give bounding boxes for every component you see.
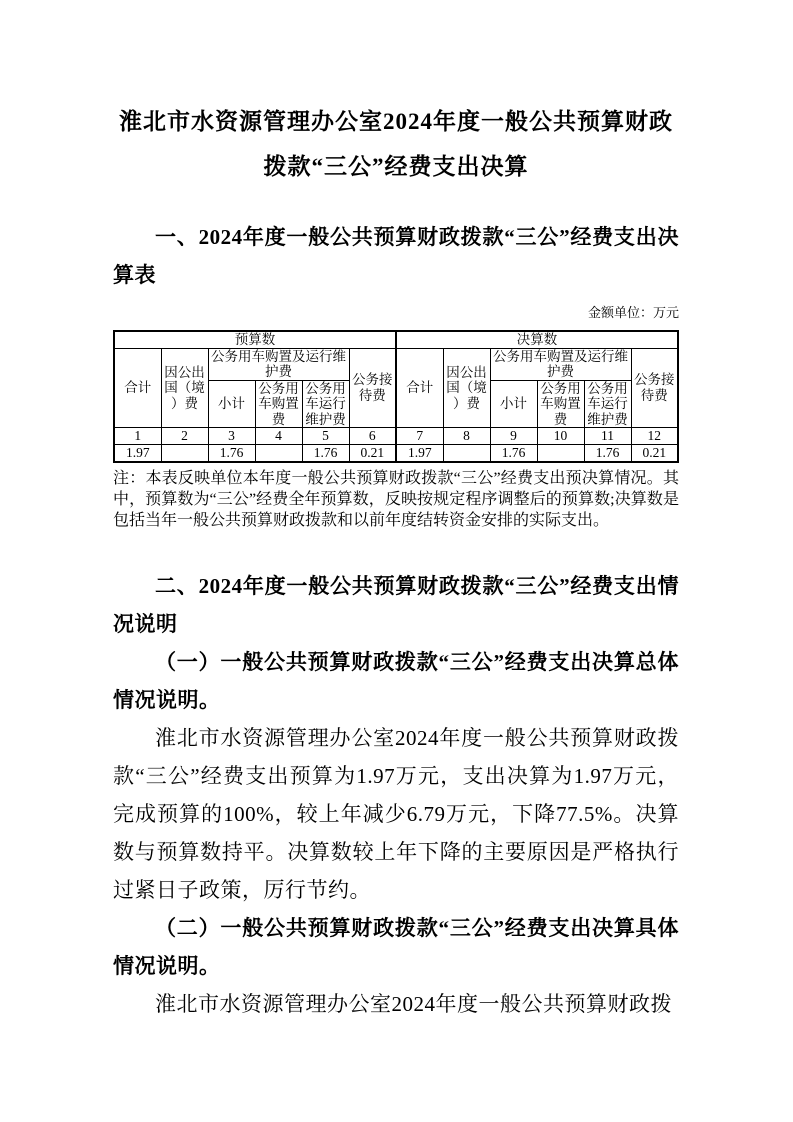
document-title-line-2: 拨款“三公”经费支出决算 bbox=[113, 144, 679, 189]
budget-abroad-value bbox=[161, 445, 208, 462]
column-number: 8 bbox=[443, 428, 490, 445]
final-purchase-value bbox=[537, 445, 584, 462]
table-row: 预算数 决算数 bbox=[114, 331, 678, 348]
budget-total-header: 合计 bbox=[114, 348, 161, 428]
column-number: 10 bbox=[537, 428, 584, 445]
final-reception-header: 公务接待费 bbox=[631, 348, 678, 428]
budget-vehicle-group-header: 公务用车购置及运行维护费 bbox=[208, 348, 349, 380]
budget-group-header: 预算数 bbox=[114, 331, 396, 348]
amount-unit-label: 金额单位：万元 bbox=[113, 304, 679, 322]
final-subtotal-value: 1.76 bbox=[490, 445, 537, 462]
final-total-header: 合计 bbox=[396, 348, 443, 428]
budget-operation-value: 1.76 bbox=[302, 445, 349, 462]
table-row: 合计 因公出国（境）费 公务用车购置及运行维护费 公务接待费 合计 因公出国（境… bbox=[114, 348, 678, 380]
column-number: 1 bbox=[114, 428, 161, 445]
subsection-one-heading: （一）一般公共预算财政拨款“三公”经费支出决算总体情况说明。 bbox=[113, 643, 679, 719]
column-number: 3 bbox=[208, 428, 255, 445]
section-two-heading: 二、2024年度一般公共预算财政拨款“三公”经费支出情况说明 bbox=[113, 567, 679, 643]
column-number-row: 1 2 3 4 5 6 7 8 9 10 11 12 bbox=[114, 428, 678, 445]
subsection-two-paragraph: 淮北市水资源管理办公室2024年度一般公共预算财政拨 bbox=[113, 985, 679, 1023]
final-subtotal-header: 小计 bbox=[490, 380, 537, 428]
sangong-expense-table: 预算数 决算数 合计 因公出国（境）费 公务用车购置及运行维护费 公务接待费 合… bbox=[113, 330, 679, 463]
document-page: 淮北市水资源管理办公室2024年度一般公共预算财政 拨款“三公”经费支出决算 一… bbox=[0, 0, 793, 1122]
final-operation-value: 1.76 bbox=[584, 445, 631, 462]
final-abroad-header: 因公出国（境）费 bbox=[443, 348, 490, 428]
column-number: 7 bbox=[396, 428, 443, 445]
final-abroad-value bbox=[443, 445, 490, 462]
column-number: 12 bbox=[631, 428, 678, 445]
document-title-line-1: 淮北市水资源管理办公室2024年度一般公共预算财政 bbox=[113, 99, 679, 144]
budget-abroad-header: 因公出国（境）费 bbox=[161, 348, 208, 428]
final-operation-header: 公务用车运行维护费 bbox=[584, 380, 631, 428]
column-number: 6 bbox=[349, 428, 396, 445]
subsection-one-paragraph: 淮北市水资源管理办公室2024年度一般公共预算财政拨款“三公”经费支出预算为1.… bbox=[113, 719, 679, 909]
column-number: 4 bbox=[255, 428, 302, 445]
section-one-heading: 一、2024年度一般公共预算财政拨款“三公”经费支出决算表 bbox=[113, 218, 679, 294]
budget-reception-header: 公务接待费 bbox=[349, 348, 396, 428]
final-purchase-header: 公务用车购置费 bbox=[537, 380, 584, 428]
value-row: 1.97 1.76 1.76 0.21 1.97 1.76 1.76 0.21 bbox=[114, 445, 678, 462]
final-vehicle-group-header: 公务用车购置及运行维护费 bbox=[490, 348, 631, 380]
budget-purchase-header: 公务用车购置费 bbox=[255, 380, 302, 428]
column-number: 5 bbox=[302, 428, 349, 445]
budget-subtotal-header: 小计 bbox=[208, 380, 255, 428]
budget-purchase-value bbox=[255, 445, 302, 462]
budget-operation-header: 公务用车运行维护费 bbox=[302, 380, 349, 428]
column-number: 9 bbox=[490, 428, 537, 445]
budget-total-value: 1.97 bbox=[114, 445, 161, 462]
final-group-header: 决算数 bbox=[396, 331, 678, 348]
final-total-value: 1.97 bbox=[396, 445, 443, 462]
final-reception-value: 0.21 bbox=[631, 445, 678, 462]
subsection-two-heading: （二）一般公共预算财政拨款“三公”经费支出决算具体情况说明。 bbox=[113, 909, 679, 985]
document-title: 淮北市水资源管理办公室2024年度一般公共预算财政 拨款“三公”经费支出决算 bbox=[113, 99, 679, 189]
budget-reception-value: 0.21 bbox=[349, 445, 396, 462]
column-number: 11 bbox=[584, 428, 631, 445]
table-note: 注：本表反映单位本年度一般公共预算财政拨款“三公”经费支出预决算情况。其中，预算… bbox=[113, 468, 679, 531]
column-number: 2 bbox=[161, 428, 208, 445]
budget-subtotal-value: 1.76 bbox=[208, 445, 255, 462]
